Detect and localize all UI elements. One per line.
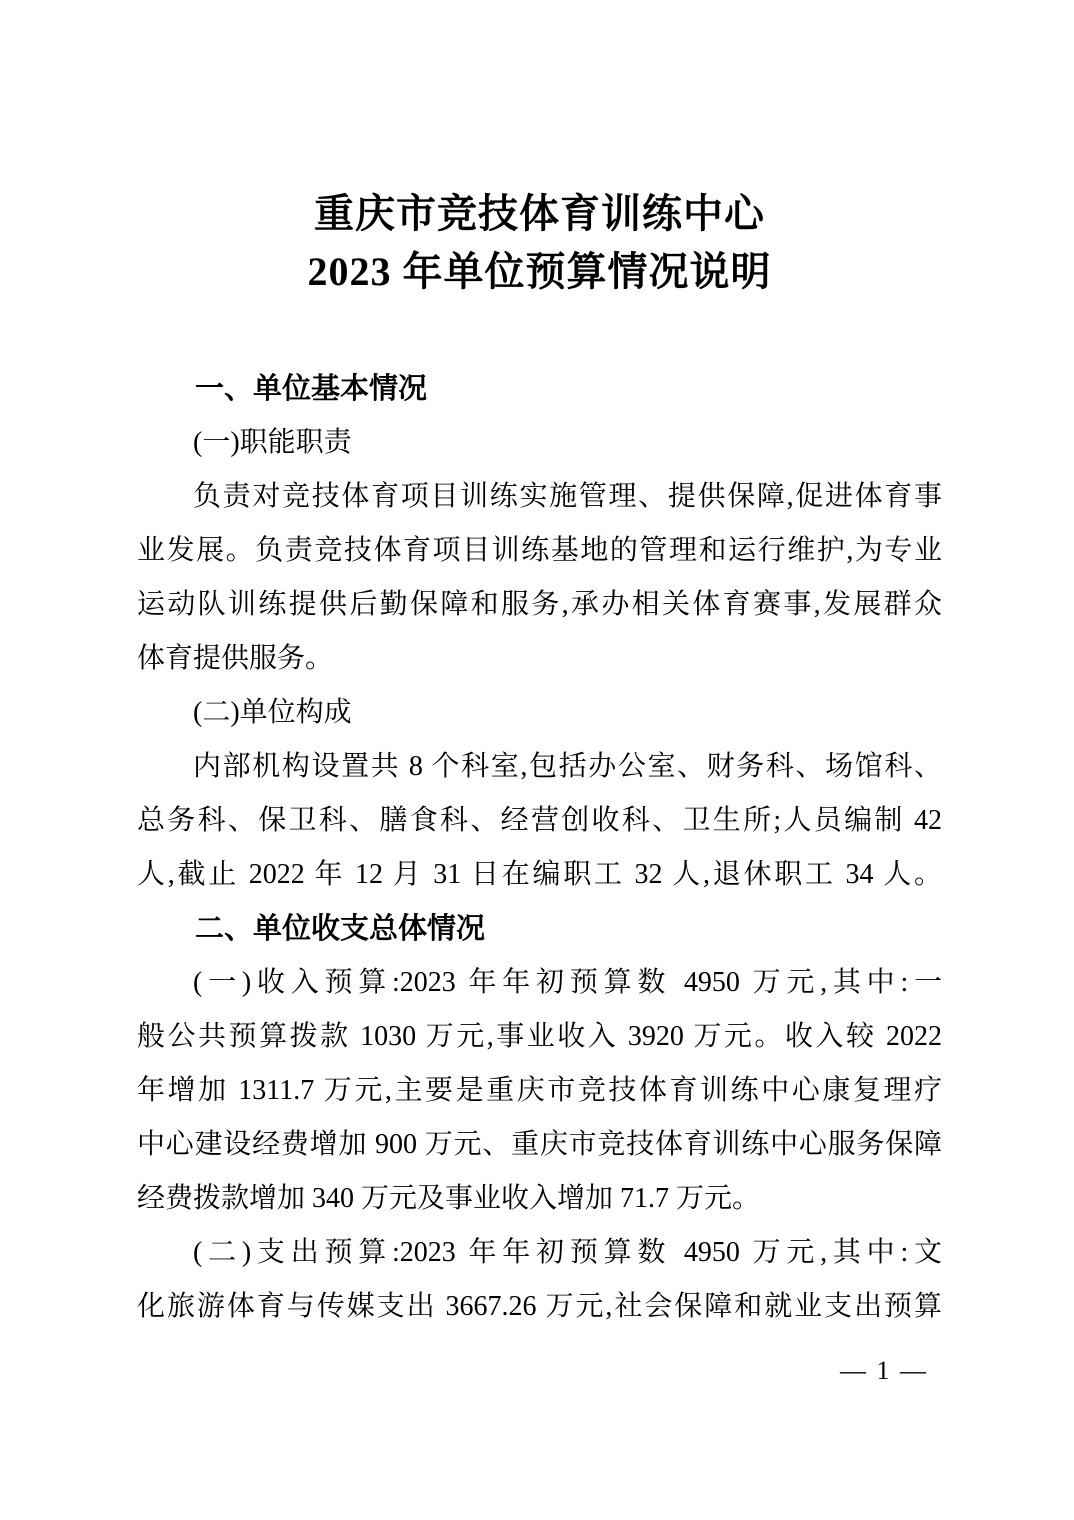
paragraph-duties: 负责对竞技体育项目训练实施管理、提供保障,促进体育事业发展。负责竞技体育项目训练… xyxy=(137,470,942,686)
text-line: 内部机构设置共 8 个科室,包括办公室、财务科、场馆科、 xyxy=(137,740,942,794)
title-line-2: 2023 年单位预算情况说明 xyxy=(137,243,942,301)
paragraph-composition: 内部机构设置共 8 个科室,包括办公室、财务科、场馆科、总务科、保卫科、膳食科、… xyxy=(137,740,942,902)
text-line: 体育提供服务。 xyxy=(137,632,942,686)
text-line: 中心建设经费增加 900 万元、重庆市竞技体育训练中心服务保障 xyxy=(137,1118,942,1172)
page-number: — 1 — xyxy=(840,1356,928,1386)
subsection-heading-duties: (一)职能职责 xyxy=(137,416,942,470)
text-line: 业发展。负责竞技体育项目训练基地的管理和运行维护,为专业 xyxy=(137,524,942,578)
text-line: 年增加 1311.7 万元,主要是重庆市竞技体育训练中心康复理疗 xyxy=(137,1064,942,1118)
text-line: 般公共预算拨款 1030 万元,事业收入 3920 万元。收入较 2022 xyxy=(137,1010,942,1064)
paragraph-expenditure-budget: (二)支出预算:2023 年年初预算数 4950 万元,其中:文化旅游体育与传媒… xyxy=(137,1226,942,1334)
text-line: (二)支出预算:2023 年年初预算数 4950 万元,其中:文 xyxy=(137,1226,942,1280)
text-line: 运动队训练提供后勤保障和服务,承办相关体育赛事,发展群众 xyxy=(137,578,942,632)
document-title: 重庆市竞技体育训练中心 2023 年单位预算情况说明 xyxy=(137,185,942,301)
text-line: 经费拨款增加 340 万元及事业收入增加 71.7 万元。 xyxy=(137,1172,942,1226)
text-line: 人,截止 2022 年 12 月 31 日在编职工 32 人,退休职工 34 人… xyxy=(137,848,942,902)
subsection-heading-composition: (二)单位构成 xyxy=(137,686,942,740)
document-page: 重庆市竞技体育训练中心 2023 年单位预算情况说明 一、单位基本情况 (一)职… xyxy=(0,0,1074,1520)
section-heading-revenue-expenditure: 二、单位收支总体情况 xyxy=(137,902,942,956)
paragraph-income-budget: (一)收入预算:2023 年年初预算数 4950 万元,其中:一般公共预算拨款 … xyxy=(137,956,942,1226)
text-line: 化旅游体育与传媒支出 3667.26 万元,社会保障和就业支出预算 xyxy=(137,1280,942,1334)
text-line: 总务科、保卫科、膳食科、经营创收科、卫生所;人员编制 42 xyxy=(137,794,942,848)
title-line-1: 重庆市竞技体育训练中心 xyxy=(137,185,942,243)
text-line: (一)收入预算:2023 年年初预算数 4950 万元,其中:一 xyxy=(137,956,942,1010)
section-heading-basic-info: 一、单位基本情况 xyxy=(137,362,942,416)
document-body: 一、单位基本情况 (一)职能职责 负责对竞技体育项目训练实施管理、提供保障,促进… xyxy=(137,362,942,1334)
text-line: 负责对竞技体育项目训练实施管理、提供保障,促进体育事 xyxy=(137,470,942,524)
